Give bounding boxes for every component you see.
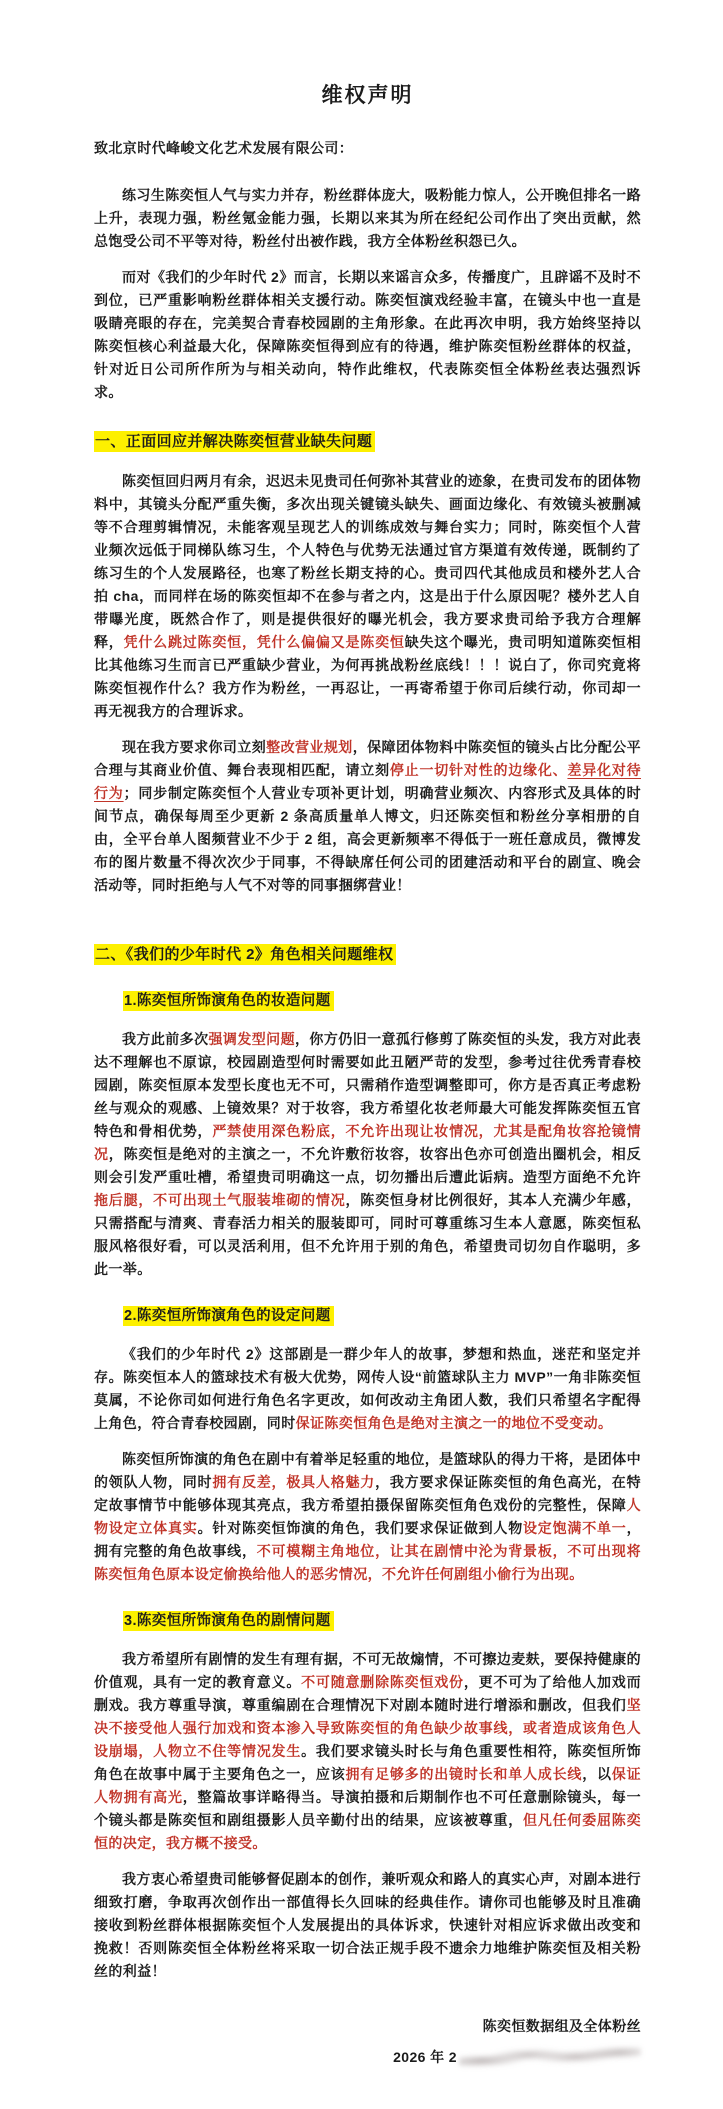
emphasis-text: 拥有足够多的出镜时长和单人成长线 xyxy=(345,1766,582,1782)
emphasis-text: 设定饱满不单一 xyxy=(523,1520,627,1536)
body-text: ，以 xyxy=(582,1766,612,1782)
date-line: 2026 年 2 xyxy=(94,2046,641,2069)
salutation-line: 致北京时代峰峻文化艺术发展有限公司： xyxy=(94,137,641,160)
body-text: ；同步制定陈奕恒个人营业专项补更计划，明确营业频次、内容形式及具体的时间节点，确… xyxy=(94,785,641,893)
emphasis-text: 拖后腿，不可出现土气服装堆砌的情况 xyxy=(94,1192,346,1208)
subsection-2-heading-highlight: 2.陈奕恒所饰演角色的设定问题 xyxy=(123,1306,334,1326)
subsection-3-paragraph: 我方希望所有剧情的发生有理有据，不可无故煽情，不可擦边麦麸，要保持健康的价值观，… xyxy=(94,1648,641,1855)
subsection-1-paragraph: 我方此前多次强调发型问题，你方仍旧一意孤行修剪了陈奕恒的头发，我方对此表达不理解… xyxy=(94,1028,641,1281)
section-1-heading-highlight: 一、正面回应并解决陈奕恒营业缺失问题 xyxy=(94,431,375,452)
section-2-heading: 二、《我们的少年时代 2》角色相关问题维权 xyxy=(94,943,641,966)
intro-paragraph-2: 而对《我们的少年时代 2》而言，长期以来谣言众多，传播度广，且辟谣不及时不到位，… xyxy=(94,266,641,404)
section-2-heading-highlight: 二、《我们的少年时代 2》角色相关问题维权 xyxy=(94,944,396,965)
subsection-2-paragraph-2: 陈奕恒所饰演的角色在剧中有着举足轻重的地位，是篮球队的得力干将，是团体中的领队人… xyxy=(94,1448,641,1586)
section-1-paragraph-1: 陈奕恒回归两月有余，迟迟未见贵司任何弥补其营业的迹象，在贵司发布的团体物料中，其… xyxy=(94,470,641,723)
statement-document: 维权声明 致北京时代峰峻文化艺术发展有限公司： 练习生陈奕恒人气与实力并存，粉丝… xyxy=(0,0,723,2109)
subsection-3-heading: 3.陈奕恒所饰演角色的剧情问题 xyxy=(123,1610,641,1633)
body-text: 现在我方要求你司立刻 xyxy=(122,739,266,755)
subsection-2-paragraph-1: 《我们的少年时代 2》这部剧是一群少年人的故事，梦想和热血，迷茫和坚定并存。陈奕… xyxy=(94,1343,641,1435)
section-1-heading: 一、正面回应并解决陈奕恒营业缺失问题 xyxy=(94,430,641,453)
body-text: 我方衷心希望贵司能够督促剧本的创作，兼听观众和路人的真实心声，对剧本进行细致打磨… xyxy=(94,1871,641,1979)
subsection-2-heading: 2.陈奕恒所饰演角色的设定问题 xyxy=(123,1305,641,1328)
emphasis-text: 停止一切针对性的边缘化、 xyxy=(390,762,568,778)
emphasis-text: 拥有反差，极具人格魅力 xyxy=(212,1474,375,1490)
date-text: 2026 年 2 xyxy=(393,2049,457,2065)
emphasis-text: 整改营业规划 xyxy=(266,739,353,755)
body-text: 练习生陈奕恒人气与实力并存，粉丝群体庞大，吸粉能力惊人，公开晚但排名一路上升，表… xyxy=(94,187,641,249)
body-text: 我方此前多次 xyxy=(122,1031,209,1047)
body-text: 陈奕恒回归两月有余，迟迟未见贵司任何弥补其营业的迹象，在贵司发布的团体物料中，其… xyxy=(94,473,641,650)
emphasis-text: 不可随意删除陈奕恒戏份 xyxy=(301,1674,464,1690)
emphasis-text: 保证陈奕恒角色是绝对主演之一的地位不受变动。 xyxy=(296,1415,613,1431)
section-1-paragraph-2: 现在我方要求你司立刻整改营业规划，保障团体物料中陈奕恒的镜头占比分配公平合理与其… xyxy=(94,736,641,897)
subsection-3-heading-highlight: 3.陈奕恒所饰演角色的剧情问题 xyxy=(123,1611,334,1631)
subsection-1-heading-highlight: 1.陈奕恒所饰演角色的妆造问题 xyxy=(123,991,334,1011)
intro-paragraph-1: 练习生陈奕恒人气与实力并存，粉丝群体庞大，吸粉能力惊人，公开晚但排名一路上升，表… xyxy=(94,184,641,253)
body-text: 而对《我们的少年时代 2》而言，长期以来谣言众多，传播度广，且辟谣不及时不到位，… xyxy=(94,269,641,400)
document-title: 维权声明 xyxy=(94,84,641,107)
emphasis-text: 强调发型问题 xyxy=(209,1031,296,1047)
body-text: ，陈奕恒是绝对的主演之一，不允许敷衍妆容，妆容出色亦可创造出圈机会，相反则会引发… xyxy=(94,1146,641,1185)
subsection-1-heading: 1.陈奕恒所饰演角色的妆造问题 xyxy=(123,990,641,1013)
body-text: 。针对陈奕恒饰演的角色，我们要求保证做到人物 xyxy=(198,1520,523,1536)
blurred-date-smudge xyxy=(459,2043,642,2069)
signature: 陈奕恒数据组及全体粉丝 xyxy=(94,2015,641,2038)
emphasis-text: 凭什么跳过陈奕恒，凭什么偏偏又是陈奕恒 xyxy=(124,634,405,650)
closing-paragraph: 我方衷心希望贵司能够督促剧本的创作，兼听观众和路人的真实心声，对剧本进行细致打磨… xyxy=(94,1868,641,1983)
